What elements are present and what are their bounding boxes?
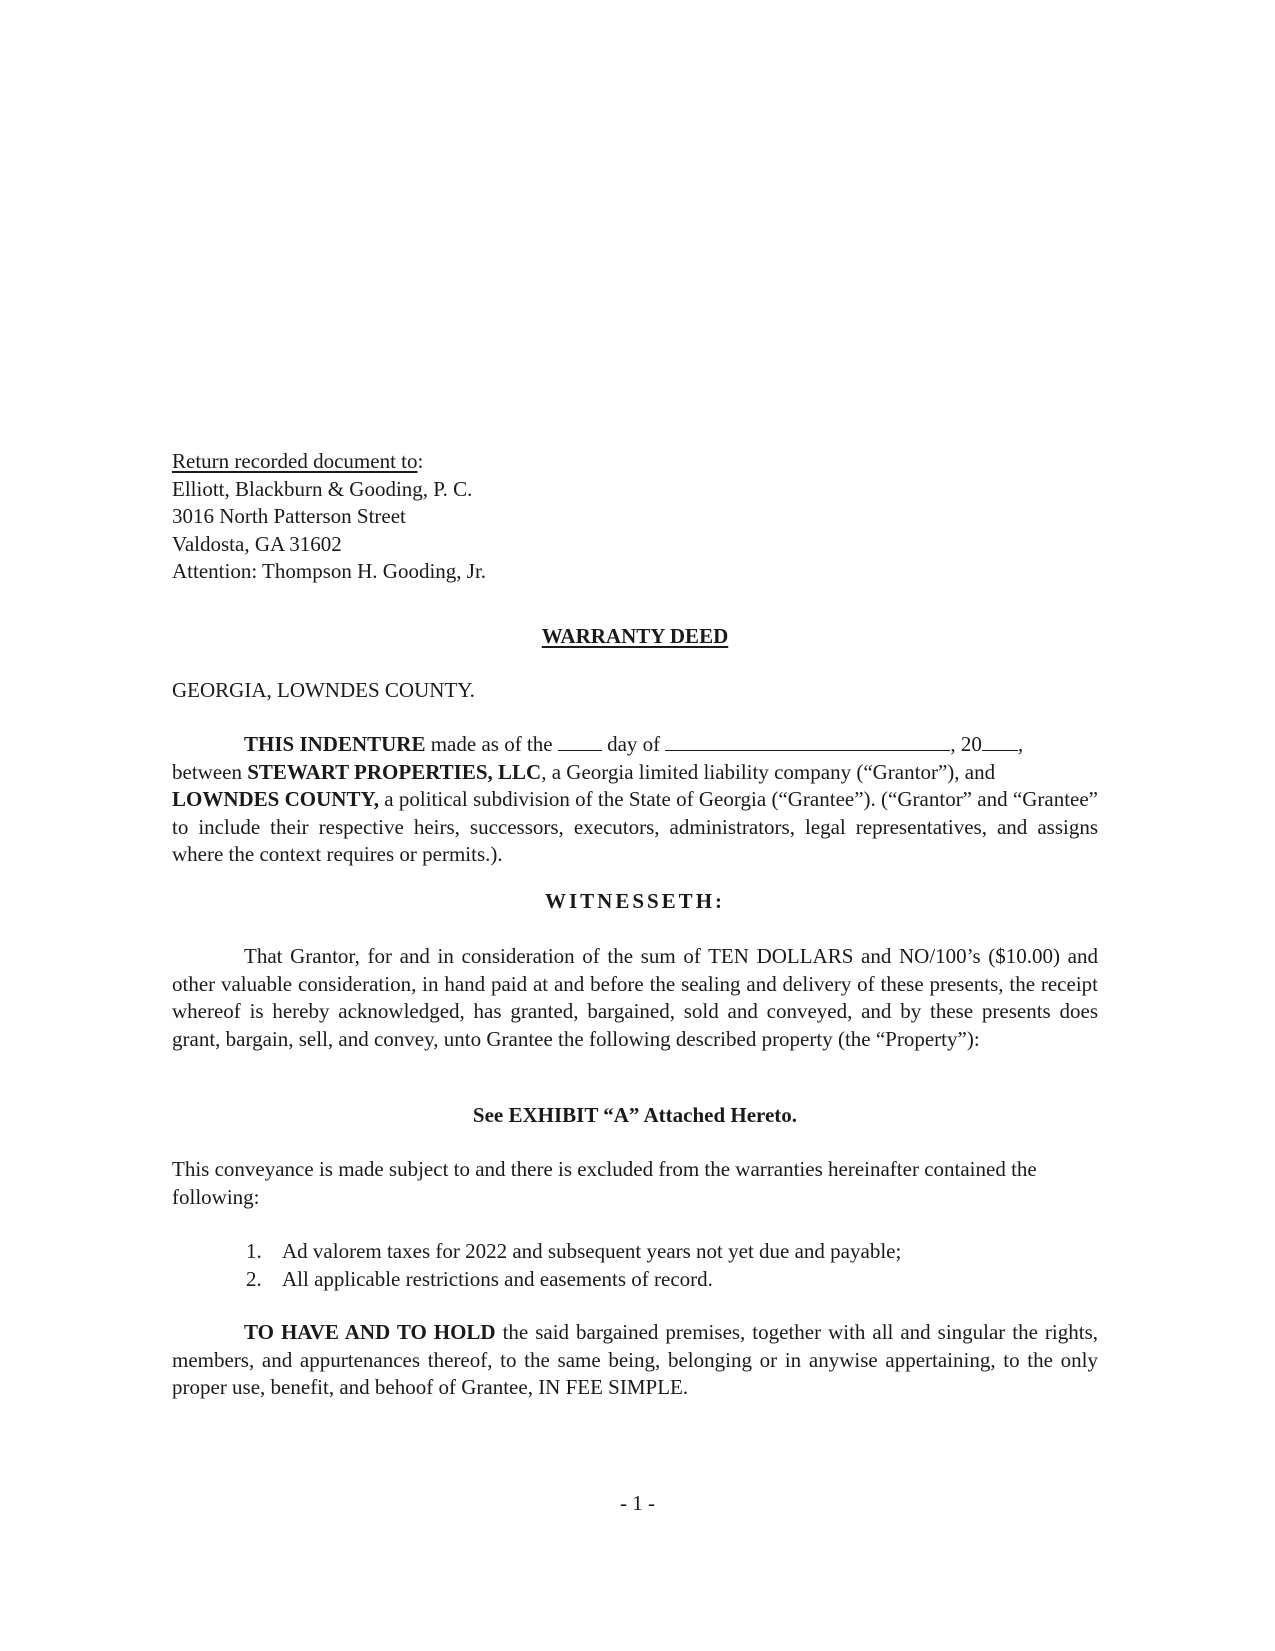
grantor-name: STEWART PROPERTIES, LLC <box>247 760 541 784</box>
return-label: Return recorded document to: <box>172 448 1098 476</box>
witnesseth-heading: WITNESSETH: <box>172 888 1098 916</box>
exclusion-item: 1.Ad valorem taxes for 2022 and subseque… <box>172 1238 1098 1266</box>
day-blank[interactable] <box>558 732 602 751</box>
indenture-paragraph: THIS INDENTURE made as of the day of , 2… <box>172 731 1098 869</box>
consideration-paragraph: That Grantor, for and in consideration o… <box>172 943 1098 1053</box>
street-address: 3016 North Patterson Street <box>172 503 1098 531</box>
city-state-zip: Valdosta, GA 31602 <box>172 531 1098 559</box>
grantee-name: LOWNDES COUNTY, <box>172 787 379 811</box>
list-number: 2. <box>246 1266 262 1294</box>
habendum-paragraph: TO HAVE AND TO HOLD the said bargained p… <box>172 1319 1098 1402</box>
list-number: 1. <box>246 1238 262 1266</box>
subject-to-paragraph: This conveyance is made subject to and t… <box>172 1156 1098 1211</box>
venue: GEORGIA, LOWNDES COUNTY. <box>172 677 1098 705</box>
attention-line: Attention: Thompson H. Gooding, Jr. <box>172 558 1098 586</box>
firm-name: Elliott, Blackburn & Gooding, P. C. <box>172 476 1098 504</box>
exclusion-text: All applicable restrictions and easement… <box>282 1267 713 1291</box>
month-blank[interactable] <box>665 732 950 751</box>
exclusions-list: 1.Ad valorem taxes for 2022 and subseque… <box>172 1238 1098 1293</box>
document-title: WARRANTY DEED <box>172 623 1098 651</box>
exclusion-item: 2.All applicable restrictions and easeme… <box>172 1266 1098 1294</box>
return-address-block: Return recorded document to: Elliott, Bl… <box>172 448 1098 586</box>
parties-remainder: LOWNDES COUNTY, a political subdivision … <box>172 786 1098 869</box>
parties-line: between STEWART PROPERTIES, LLC, a Georg… <box>172 759 1098 787</box>
page-number: - 1 - <box>0 1490 1275 1518</box>
year-blank[interactable] <box>982 732 1018 751</box>
indenture-date-line: THIS INDENTURE made as of the day of , 2… <box>172 731 1098 759</box>
exhibit-reference: See EXHIBIT “A” Attached Hereto. <box>172 1102 1098 1130</box>
exclusion-text: Ad valorem taxes for 2022 and subsequent… <box>282 1239 901 1263</box>
document-page: Return recorded document to: Elliott, Bl… <box>0 0 1275 1651</box>
